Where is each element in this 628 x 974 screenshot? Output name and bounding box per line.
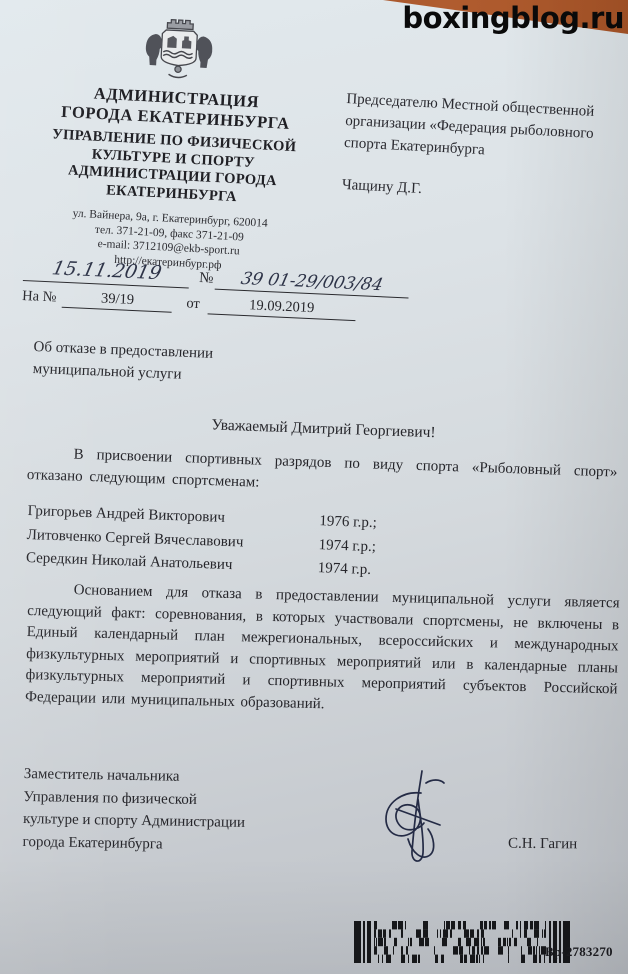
document-barcode [354,921,570,963]
athlete-birth-year: 1974 г.р.; [318,534,376,559]
recipient-name: Чащину Д.Г. [341,174,618,210]
signer-title-line4: города Екатеринбурга [22,830,302,857]
letter-photo: boxingblog.ru [0,0,628,974]
outgoing-date-handwritten: 15.11.2019 [50,257,164,284]
reference-block: 15.11.2019 № 39 01-29/003/84 На № 39/19 … [22,256,410,323]
number-sign: № [199,270,214,288]
signer-title-block: Заместитель начальника Управления по физ… [22,763,304,858]
watermark-site-label: boxingblog.ru [402,1,624,35]
reply-ref-date: 19.09.2019 [207,295,356,321]
yekaterinburg-coat-of-arms-icon [131,14,226,87]
barcode-label: Вр-2783270 [545,944,613,960]
letterhead: АДМИНИСТРАЦИЯ ГОРОДА ЕКАТЕРИНБУРГА УПРАВ… [15,8,334,278]
athlete-birth-year: 1976 г.р.; [319,510,377,535]
reply-ref-from-label: от [186,295,200,313]
athletes-list: Григорьев Андрей Викторович 1976 г.р.; Л… [26,500,488,587]
body-paragraph-1: В присвоении спортивных разрядов по виду… [27,443,618,506]
reply-ref-prefix: На № [22,288,57,308]
body-paragraph-2: Основанием для отказа в предоставлении м… [25,579,620,722]
reply-ref-number: 39/19 [62,289,173,313]
salutation: Уважаемый Дмитрий Георгиевич! [113,413,533,446]
signer-name: С.Н. Гагин [508,836,577,854]
recipient-block: Председателю Местной общественной органи… [341,88,622,210]
handwritten-signature-icon [378,765,464,873]
subject-block: Об отказе в предоставлении муниципальной… [32,336,284,390]
outgoing-number-handwritten: 39 01-29/003/84 [239,269,385,295]
athlete-birth-year: 1974 г.р. [317,557,371,582]
